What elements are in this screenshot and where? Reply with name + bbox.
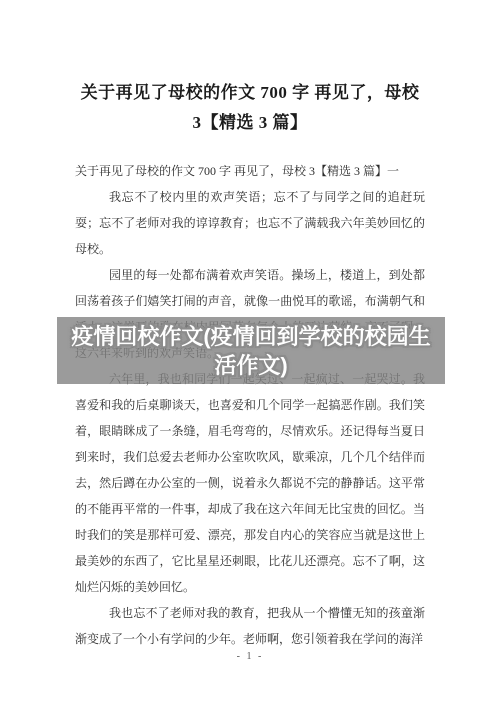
paragraph-1: 我忘不了校内里的欢声笑语；忘不了与同学之间的追赶玩耍；忘不了老师对我的谆谆教育；…	[75, 184, 425, 262]
watermark-text: 疫情回校作文(疫情回到学校的校园生活作文)	[65, 322, 437, 380]
document-title: 关于再见了母校的作文 700 字 再见了，母校 3【精选 3 篇】	[75, 78, 425, 138]
paragraph-3: 六年里，我也和同学们一起笑过、一起疯过、一起哭过。我喜爱和我的后桌聊谈天，也喜爱…	[75, 366, 425, 600]
watermark-overlay: 疫情回校作文(疫情回到学校的校园生活作文)	[57, 317, 445, 384]
page-number: - 1 -	[0, 650, 500, 664]
paragraph-title-line: 关于再见了母校的作文 700 字 再见了，母校 3【精选 3 篇】一	[75, 158, 425, 184]
paragraph-4: 我也忘不了老师对我的教育，把我从一个懵懂无知的孩童渐渐变成了一个小有学问的少年。…	[75, 600, 425, 652]
document-page: 关于再见了母校的作文 700 字 再见了，母校 3【精选 3 篇】 关于再见了母…	[0, 0, 500, 706]
